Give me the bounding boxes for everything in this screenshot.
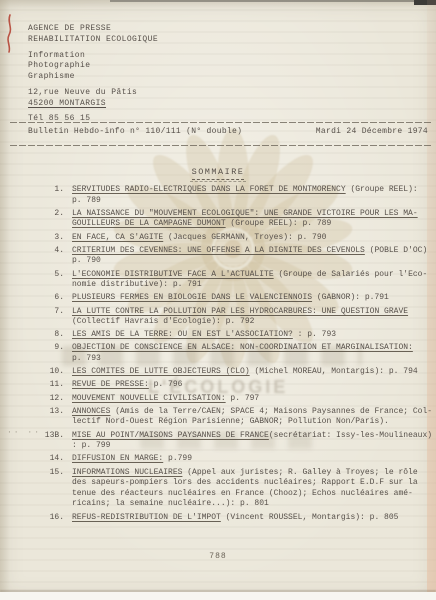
toc-item-text: EN FACE, CA S'AGITE (Jacques GERMANN, Tr… bbox=[72, 233, 432, 244]
toc-line: (Collectif Havrais d'Ecologie): p. 792 bbox=[72, 317, 432, 328]
toc-line: INFORMATIONS NUCLEAIRES (Appel aux juris… bbox=[72, 468, 432, 479]
agency-name-line1: AGENCE DE PRESSE bbox=[28, 24, 158, 35]
toc-item: 10.LES COMITES DE LUTTE OBJECTEURS (CLO)… bbox=[36, 367, 432, 378]
toc-detail-segment: (Amis de la Terre/CAEN; SPACE 4; Maisons… bbox=[110, 407, 432, 416]
scanned-bulletin-page: L'ÉCOLOGIE ·· ·· AGENCE DE PRESSE REHABI… bbox=[0, 0, 436, 600]
bulletin-info-row: Bulletin Hebdo-info n° 110/111 (N° doubl… bbox=[28, 127, 428, 136]
toc-title-segment: LES COMITES DE LUTTE OBJECTEURS (CLO) bbox=[72, 367, 250, 376]
toc-item-number: 10. bbox=[36, 367, 64, 378]
toc-title-segment: CRITERIUM DES CEVENNES: UNE OFFENSE A LA… bbox=[72, 246, 365, 255]
toc-detail-segment: (Collectif Havrais d'Ecologie): p. 792 bbox=[72, 317, 254, 326]
toc-item: 4.CRITERIUM DES CEVENNES: UNE OFFENSE A … bbox=[36, 246, 432, 267]
toc-item-text: LA NAISSANCE DU "MOUVEMENT ECOLOGIQUE": … bbox=[72, 209, 432, 230]
toc-item-text: LES COMITES DE LUTTE OBJECTEURS (CLO) (M… bbox=[72, 367, 432, 378]
toc-line: ricains; la semaine nucléaire...): p. 80… bbox=[72, 499, 432, 510]
toc-detail-segment: p. 789 bbox=[72, 196, 101, 205]
toc-item: 5.L'ECONOMIE DISTRIBUTIVE FACE A L'ACTUA… bbox=[36, 270, 432, 291]
toc-title-segment: LA LUTTE CONTRE LA POLLUTION PAR LES HYD… bbox=[72, 307, 408, 316]
toc-item-text: L'ECONOMIE DISTRIBUTIVE FACE A L'ACTUALI… bbox=[72, 270, 432, 291]
letterhead: AGENCE DE PRESSE REHABILITATION ECOLOGIQ… bbox=[28, 24, 158, 124]
toc-line: SERVITUDES RADIO-ELECTRIQUES DANS LA FOR… bbox=[72, 185, 432, 196]
toc-item: 14.DIFFUSION EN MARGE: p.799 bbox=[36, 454, 432, 465]
sommaire-heading-wrap: SOMMAIRE bbox=[0, 161, 436, 180]
toc-line: LES AMIS DE LA TERRE: OU EN EST L'ASSOCI… bbox=[72, 330, 432, 341]
toc-item-text: MISE AU POINT/MAISONS PAYSANNES DE FRANC… bbox=[72, 431, 432, 452]
address-street: 12,rue Neuve du Pâtis bbox=[28, 88, 158, 99]
agency-name-line2: REHABILITATION ECOLOGIQUE bbox=[28, 35, 158, 46]
toc-title-segment: EN FACE, CA S'AGITE bbox=[72, 233, 163, 242]
toc-item-text: REFUS-REDISTRIBUTION DE L'IMPOT (Vincent… bbox=[72, 513, 432, 524]
typed-rule-top bbox=[10, 122, 432, 124]
toc-list: 1.SERVITUDES RADIO-ELECTRIQUES DANS LA F… bbox=[36, 185, 432, 526]
toc-line: LA NAISSANCE DU "MOUVEMENT ECOLOGIQUE": … bbox=[72, 209, 432, 220]
toc-item-number: 5. bbox=[36, 270, 64, 291]
toc-item: 15.INFORMATIONS NUCLEAIRES (Appel aux ju… bbox=[36, 468, 432, 510]
toc-item-number: 1. bbox=[36, 185, 64, 206]
toc-line: des sapeurs-pompiers lors des accidents … bbox=[72, 478, 432, 489]
scan-edge-top bbox=[110, 0, 436, 2]
toc-item: 6.PLUSIEURS FERMES EN BIOLOGIE DANS LE V… bbox=[36, 293, 432, 304]
toc-title-segment: REFUS-REDISTRIBUTION DE L'IMPOT bbox=[72, 513, 221, 522]
toc-item-number: 3. bbox=[36, 233, 64, 244]
toc-item-number: 2. bbox=[36, 209, 64, 230]
service-graphisme: Graphisme bbox=[28, 72, 158, 83]
toc-line: LES COMITES DE LUTTE OBJECTEURS (CLO) (M… bbox=[72, 367, 432, 378]
toc-title-segment: MISE AU POINT/MAISONS PAYSANNES DE FRANC… bbox=[72, 431, 269, 440]
toc-item-number: 13B. bbox=[36, 431, 64, 452]
toc-item-number: 14. bbox=[36, 454, 64, 465]
toc-item-number: 16. bbox=[36, 513, 64, 524]
toc-line: CRITERIUM DES CEVENNES: UNE OFFENSE A LA… bbox=[72, 246, 432, 257]
toc-detail-segment: : p. 799 bbox=[72, 441, 110, 450]
bulletin-date: Mardi 24 Décembre 1974 bbox=[316, 127, 428, 136]
toc-item-number: 4. bbox=[36, 246, 64, 267]
typed-rule-bottom bbox=[10, 145, 432, 147]
toc-item-number: 8. bbox=[36, 330, 64, 341]
toc-item-text: CRITERIUM DES CEVENNES: UNE OFFENSE A LA… bbox=[72, 246, 432, 267]
toc-line: p. 793 bbox=[72, 354, 432, 365]
toc-detail-segment: (Groupe REEL): p. 789 bbox=[226, 219, 332, 228]
bulletin-issue-label: Bulletin Hebdo-info n° 110/111 (N° doubl… bbox=[28, 127, 242, 136]
toc-title-segment: PLUSIEURS FERMES EN BIOLOGIE DANS LE VAL… bbox=[72, 293, 312, 302]
toc-line: tenue des réacteurs nucléaires en France… bbox=[72, 489, 432, 500]
toc-detail-segment: (POBLE D'OC) bbox=[365, 246, 427, 255]
toc-item-number: 12. bbox=[36, 394, 64, 405]
toc-title-segment: DIFFUSION EN MARGE: bbox=[72, 454, 163, 463]
toc-detail-segment: (Michel MOREAU, Montargis): p. 794 bbox=[250, 367, 418, 376]
toc-line: EN FACE, CA S'AGITE (Jacques GERMANN, Tr… bbox=[72, 233, 432, 244]
toc-item-text: SERVITUDES RADIO-ELECTRIQUES DANS LA FOR… bbox=[72, 185, 432, 206]
toc-item-number: 6. bbox=[36, 293, 64, 304]
toc-detail-segment: nomie distributive): p. 791 bbox=[72, 280, 202, 289]
service-photographie: Photographie bbox=[28, 61, 158, 72]
scanner-background-strip bbox=[0, 592, 436, 600]
toc-item-text: LES AMIS DE LA TERRE: OU EN EST L'ASSOCI… bbox=[72, 330, 432, 341]
toc-line: PLUSIEURS FERMES EN BIOLOGIE DANS LE VAL… bbox=[72, 293, 432, 304]
sommaire-title: SOMMAIRE bbox=[192, 167, 245, 180]
toc-item-number: 11. bbox=[36, 380, 64, 391]
toc-item-text: ANNONCES (Amis de la Terre/CAEN; SPACE 4… bbox=[72, 407, 432, 428]
toc-title-segment: LA NAISSANCE DU "MOUVEMENT ECOLOGIQUE": … bbox=[72, 209, 418, 218]
toc-title-segment: SERVITUDES RADIO-ELECTRIQUES DANS LA FOR… bbox=[72, 185, 346, 194]
toc-detail-segment: p. 793 bbox=[72, 354, 101, 363]
toc-line: p. 790 bbox=[72, 256, 432, 267]
toc-title-segment: ANNONCES bbox=[72, 407, 110, 416]
toc-line: lectif Nord-Ouest Région Parisienne; GAB… bbox=[72, 417, 432, 428]
toc-detail-segment: (Groupe REEL): bbox=[346, 185, 418, 194]
toc-title-segment: OBJECTION DE CONSCIENCE EN ALSACE: NON-C… bbox=[72, 343, 413, 352]
toc-detail-segment: (Groupe de Salariés pour l'Eco- bbox=[274, 270, 428, 279]
toc-line: DIFFUSION EN MARGE: p.799 bbox=[72, 454, 432, 465]
toc-detail-segment: (Jacques GERMANN, Troyes): p. 790 bbox=[163, 233, 326, 242]
toc-item-number: 7. bbox=[36, 307, 64, 328]
toc-line: L'ECONOMIE DISTRIBUTIVE FACE A L'ACTUALI… bbox=[72, 270, 432, 281]
toc-line: REVUE DE PRESSE: p. 796 bbox=[72, 380, 432, 391]
toc-item: 7.LA LUTTE CONTRE LA POLLUTION PAR LES H… bbox=[36, 307, 432, 328]
toc-item: 2.LA NAISSANCE DU "MOUVEMENT ECOLOGIQUE"… bbox=[36, 209, 432, 230]
toc-item-number: 13. bbox=[36, 407, 64, 428]
toc-detail-segment: ricains; la semaine nucléaire...): p. 80… bbox=[72, 499, 269, 508]
toc-detail-segment: p. 796 bbox=[149, 380, 183, 389]
toc-item: 9.OBJECTION DE CONSCIENCE EN ALSACE: NON… bbox=[36, 343, 432, 364]
toc-title-segment: MOUVEMENT NOUVELLE CIVILISATION: bbox=[72, 394, 226, 403]
toc-item-number: 9. bbox=[36, 343, 64, 364]
toc-detail-segment: des sapeurs-pompiers lors des accidents … bbox=[72, 478, 418, 487]
toc-line: GOUILLEURS DE LA CAMPAGNE DUMONT (Groupe… bbox=[72, 219, 432, 230]
toc-detail-segment: : p. 793 bbox=[293, 330, 336, 339]
toc-item: 3.EN FACE, CA S'AGITE (Jacques GERMANN, … bbox=[36, 233, 432, 244]
toc-title-segment: LES AMIS DE LA TERRE: OU EN EST L'ASSOCI… bbox=[72, 330, 293, 339]
toc-detail-segment: tenue des réacteurs nucléaires en France… bbox=[72, 489, 413, 498]
toc-detail-segment: (GABNOR): p.791 bbox=[312, 293, 389, 302]
toc-item-number: 15. bbox=[36, 468, 64, 510]
toc-item-text: REVUE DE PRESSE: p. 796 bbox=[72, 380, 432, 391]
toc-detail-segment: p.799 bbox=[163, 454, 192, 463]
address-city: 45200 MONTARGIS bbox=[28, 99, 158, 110]
toc-item: 11.REVUE DE PRESSE: p. 796 bbox=[36, 380, 432, 391]
toc-detail-segment: p. 790 bbox=[72, 256, 101, 265]
toc-item: 12.MOUVEMENT NOUVELLE CIVILISATION: p. 7… bbox=[36, 394, 432, 405]
red-pen-mark bbox=[0, 8, 20, 56]
toc-item: 1.SERVITUDES RADIO-ELECTRIQUES DANS LA F… bbox=[36, 185, 432, 206]
toc-item: 16.REFUS-REDISTRIBUTION DE L'IMPOT (Vinc… bbox=[36, 513, 432, 524]
toc-detail-segment: (Vincent ROUSSEL, Montargis): p. 805 bbox=[221, 513, 399, 522]
toc-line: OBJECTION DE CONSCIENCE EN ALSACE: NON-C… bbox=[72, 343, 432, 354]
toc-item-text: MOUVEMENT NOUVELLE CIVILISATION: p. 797 bbox=[72, 394, 432, 405]
page-number: 788 bbox=[209, 552, 226, 561]
toc-item-text: INFORMATIONS NUCLEAIRES (Appel aux juris… bbox=[72, 468, 432, 510]
toc-detail-segment: lectif Nord-Ouest Région Parisienne; GAB… bbox=[72, 417, 389, 426]
toc-title-segment: GOUILLEURS DE LA CAMPAGNE DUMONT bbox=[72, 219, 226, 228]
toc-line: MISE AU POINT/MAISONS PAYSANNES DE FRANC… bbox=[72, 431, 432, 442]
toc-detail-segment: (secrétariat: Issy-les-Moulineaux) bbox=[269, 431, 432, 440]
toc-line: nomie distributive): p. 791 bbox=[72, 280, 432, 291]
toc-item: 13.ANNONCES (Amis de la Terre/CAEN; SPAC… bbox=[36, 407, 432, 428]
toc-line: : p. 799 bbox=[72, 441, 432, 452]
toc-title-segment: L'ECONOMIE DISTRIBUTIVE FACE A L'ACTUALI… bbox=[72, 270, 274, 279]
toc-item-text: LA LUTTE CONTRE LA POLLUTION PAR LES HYD… bbox=[72, 307, 432, 328]
toc-line: MOUVEMENT NOUVELLE CIVILISATION: p. 797 bbox=[72, 394, 432, 405]
toc-line: LA LUTTE CONTRE LA POLLUTION PAR LES HYD… bbox=[72, 307, 432, 318]
toc-title-segment: REVUE DE PRESSE: bbox=[72, 380, 149, 389]
toc-detail-segment: p. 797 bbox=[226, 394, 260, 403]
toc-item-text: PLUSIEURS FERMES EN BIOLOGIE DANS LE VAL… bbox=[72, 293, 432, 304]
toc-item: 13B.MISE AU POINT/MAISONS PAYSANNES DE F… bbox=[36, 431, 432, 452]
toc-line: p. 789 bbox=[72, 196, 432, 207]
toc-item: 8.LES AMIS DE LA TERRE: OU EN EST L'ASSO… bbox=[36, 330, 432, 341]
toc-line: ANNONCES (Amis de la Terre/CAEN; SPACE 4… bbox=[72, 407, 432, 418]
toc-item-text: OBJECTION DE CONSCIENCE EN ALSACE: NON-C… bbox=[72, 343, 432, 364]
toc-item-text: DIFFUSION EN MARGE: p.799 bbox=[72, 454, 432, 465]
toc-detail-segment: (Appel aux juristes; R. Galley à Troyes;… bbox=[182, 468, 417, 477]
toc-title-segment: INFORMATIONS NUCLEAIRES bbox=[72, 468, 182, 477]
toc-line: REFUS-REDISTRIBUTION DE L'IMPOT (Vincent… bbox=[72, 513, 432, 524]
service-information: Information bbox=[28, 51, 158, 62]
